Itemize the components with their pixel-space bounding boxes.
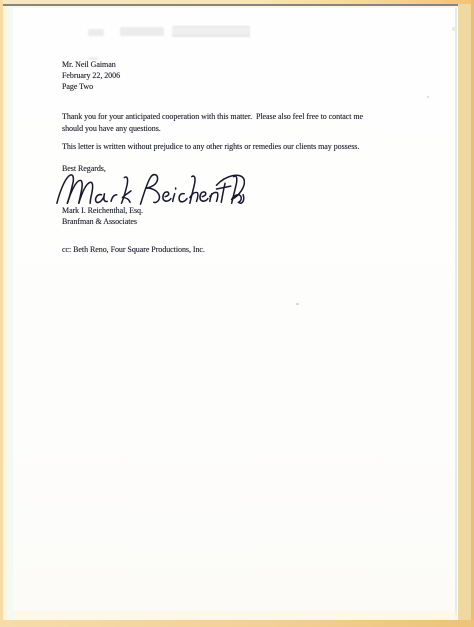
paragraph-2-line-1: This letter is written without prejudice… xyxy=(62,141,359,152)
ghost-header-mark xyxy=(172,26,250,37)
cc-line: cc: Beth Reno, Four Square Productions, … xyxy=(62,244,205,255)
page-number-line: Page Two xyxy=(62,81,120,92)
signer-block: Mark I. Reichenthal, Esq. Branfman & Ass… xyxy=(62,205,143,227)
paragraph-1-line-1: Thank you for your anticipated cooperati… xyxy=(62,111,363,123)
ghost-header-mark xyxy=(88,29,104,36)
scanned-letter-page: Mr. Neil Gaiman February 22, 2006 Page T… xyxy=(0,0,474,627)
paragraph-1-line-2: should you have any questions. xyxy=(62,123,363,135)
letter-paper xyxy=(13,8,455,611)
scan-border-right-inner xyxy=(458,4,471,627)
signature-ink-icon xyxy=(55,169,245,209)
scan-speck xyxy=(427,96,429,98)
cc-text: cc: Beth Reno, Four Square Productions, … xyxy=(62,244,205,255)
recipient-line: Mr. Neil Gaiman xyxy=(62,59,120,70)
scan-speck xyxy=(452,27,457,31)
paragraph-1: Thank you for your anticipated cooperati… xyxy=(62,111,363,134)
paragraph-2: This letter is written without prejudice… xyxy=(62,141,359,152)
signature-script xyxy=(55,169,245,209)
signer-name: Mark I. Reichenthal, Esq. xyxy=(62,205,143,216)
scan-speck xyxy=(296,303,299,305)
ghost-header-mark xyxy=(120,27,164,36)
scan-border-right-tint xyxy=(455,8,457,618)
scan-border-bottom-shadow xyxy=(13,611,458,620)
scan-border-bottom xyxy=(0,620,474,627)
letter-heading-block: Mr. Neil Gaiman February 22, 2006 Page T… xyxy=(62,59,120,92)
date-line: February 22, 2006 xyxy=(62,70,120,81)
signer-firm: Branfman & Associates xyxy=(62,216,143,227)
